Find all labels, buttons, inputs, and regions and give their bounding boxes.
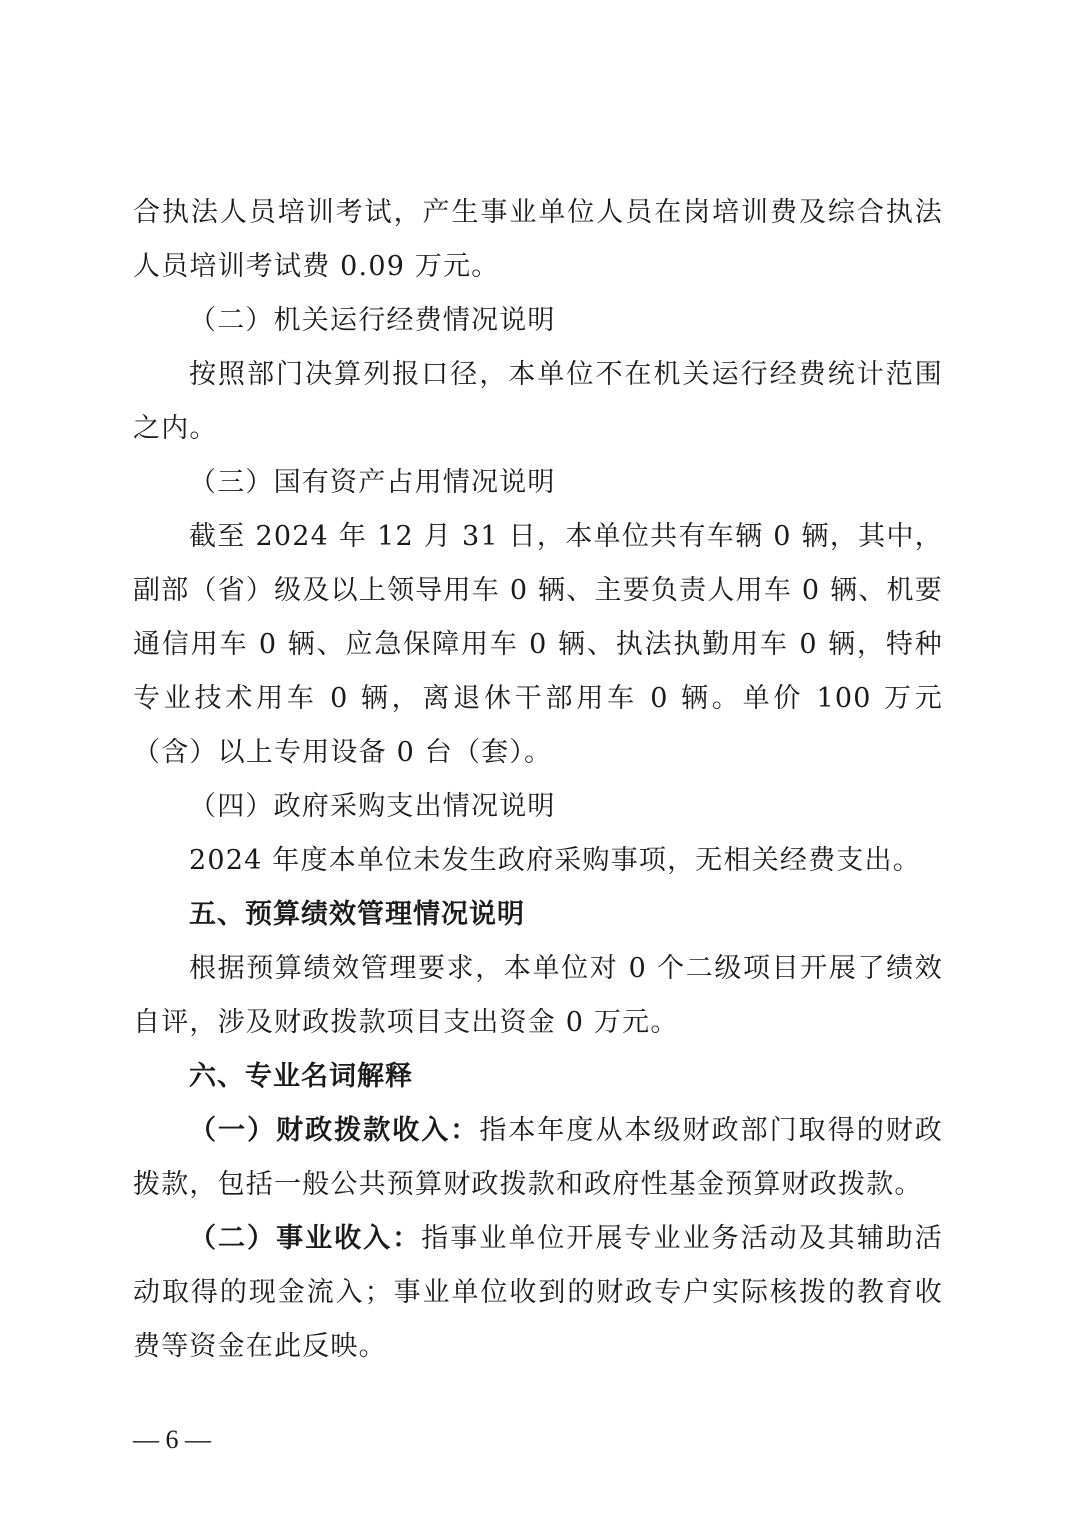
subheading-state-assets: （三）国有资产占用情况说明 [133,456,943,510]
subheading-admin-operating-costs: （二）机关运行经费情况说明 [133,294,943,348]
paragraph-admin-operating-costs: 按照部门决算列报口径，本单位不在机关运行经费统计范围之内。 [133,348,943,456]
subheading-gov-procurement: （四）政府采购支出情况说明 [133,780,943,834]
document-page: 合执法人员培训考试，产生事业单位人员在岗培训费及综合执法人员培训考试费 0.09… [133,186,943,1374]
paragraph-state-assets: 截至 2024 年 12 月 31 日，本单位共有车辆 0 辆，其中，副部（省）… [133,510,943,780]
glossary-term: （一）财政拨款收入： [189,1115,479,1146]
heading-performance-management: 五、预算绩效管理情况说明 [133,888,943,942]
glossary-term: （二）事业收入： [189,1223,421,1254]
paragraph-performance-management: 根据预算绩效管理要求，本单位对 0 个二级项目开展了绩效自评，涉及财政拨款项目支… [133,942,943,1050]
heading-glossary: 六、专业名词解释 [133,1050,943,1104]
glossary-item-fiscal-appropriation: （一）财政拨款收入：指本年度从本级财政部门取得的财政拨款，包括一般公共预算财政拨… [133,1104,943,1212]
page-number: — 6 — [133,1425,211,1455]
paragraph-gov-procurement: 2024 年度本单位未发生政府采购事项，无相关经费支出。 [133,834,943,888]
paragraph-continued: 合执法人员培训考试，产生事业单位人员在岗培训费及综合执法人员培训考试费 0.09… [133,186,943,294]
glossary-item-business-income: （二）事业收入：指事业单位开展专业业务活动及其辅助活动取得的现金流入；事业单位收… [133,1212,943,1374]
